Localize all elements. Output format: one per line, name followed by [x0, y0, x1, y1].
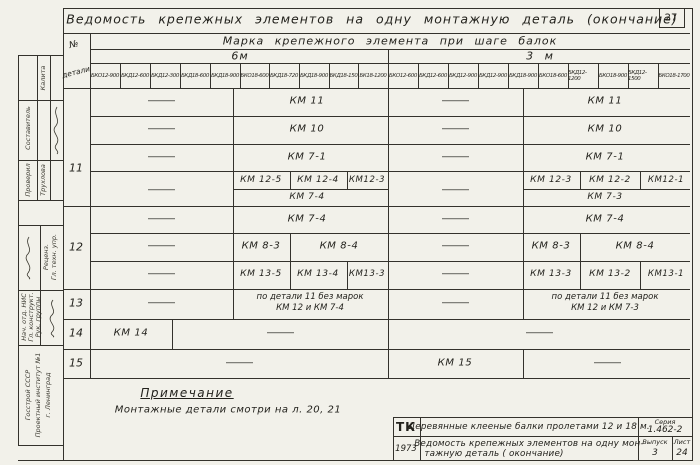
rule [63, 8, 693, 9]
dash: ——— [442, 269, 469, 280]
stamp-issue-label: Выпуск [642, 438, 667, 446]
cell-value: КМ13-1 [648, 269, 684, 279]
dash: ——— [526, 328, 553, 339]
margin-org: Проектный институт №1 [34, 353, 42, 438]
beam-mark: БКД12-600 [418, 64, 449, 88]
rule [18, 460, 693, 461]
dash: ——— [148, 96, 175, 107]
rule [233, 88, 234, 319]
rule [63, 378, 690, 379]
dash: ——— [148, 185, 175, 196]
stamp-project-title: Деревянные клееные балки пролетами 12 и … [408, 422, 650, 432]
rule [18, 160, 63, 161]
rule [37, 55, 38, 200]
rule [90, 233, 690, 234]
rule [90, 49, 690, 50]
dash: ——— [148, 241, 175, 252]
beam-mark: БКО12-900 [90, 64, 121, 88]
rule [90, 171, 690, 172]
rule [640, 261, 641, 289]
row-number: 15 [69, 357, 83, 370]
cell-value: КМ12-1 [648, 175, 684, 185]
beam-mark: БКД12-1200 [568, 64, 599, 88]
rule [393, 436, 692, 437]
signature-mark [22, 235, 36, 280]
cell-value: КМ 11 [588, 96, 623, 107]
rule [233, 189, 388, 190]
detail-col-header-no: № [68, 39, 80, 51]
cell-note-line: по детали 11 без марок [552, 292, 659, 303]
rule [659, 27, 685, 28]
rule [172, 319, 173, 349]
rule [63, 319, 690, 320]
beam-mark: БКО12-600 [388, 64, 419, 88]
rule [692, 8, 693, 461]
rule [290, 233, 291, 261]
dash: ——— [148, 269, 175, 280]
rule [580, 233, 581, 261]
margin-org: г. Ленинград [44, 372, 52, 417]
margin-name: Калита [39, 66, 47, 91]
cell-value: КМ 13-3 [530, 269, 572, 279]
table-header: Марка крепежного элемента при шаге балок [223, 35, 558, 48]
rule [347, 171, 348, 189]
row-number: 11 [69, 162, 83, 175]
rule [388, 49, 389, 378]
rule [523, 349, 524, 378]
dash: ——— [148, 298, 175, 309]
rule [18, 200, 63, 201]
group-label-3m: 3 м [526, 50, 554, 63]
cell-value: КМ 12-5 [240, 175, 282, 185]
rule [90, 261, 690, 262]
stamp-sheet-label: Лист [674, 438, 690, 446]
cell-value: КМ 11 [290, 96, 325, 107]
cell-value: КМ 7-1 [586, 152, 625, 163]
beam-mark: БКД12-300 [150, 64, 181, 88]
rule [90, 144, 690, 145]
cell-value: КМ 7-1 [288, 152, 327, 163]
dash: ——— [442, 152, 469, 163]
rule [684, 8, 685, 27]
row-number: 14 [69, 327, 83, 340]
rule [393, 417, 692, 418]
note-heading: Примечание [140, 386, 233, 400]
beam-mark: БКД12-600 [120, 64, 151, 88]
note-text: Монтажные детали смотри на л. 20, 21 [115, 405, 342, 416]
rule [63, 289, 690, 290]
cell-value: КМ13-3 [349, 269, 385, 279]
beam-mark: БКД18-150 [329, 64, 359, 88]
margin-org: Госстрой СССР [24, 370, 32, 420]
cell-value: КМ 12-2 [589, 175, 631, 185]
cell-value: КМ 7-4 [288, 214, 327, 225]
cell-value: КМ 14 [114, 328, 149, 339]
rule [18, 445, 63, 446]
cell-value: КМ 8-3 [242, 241, 281, 252]
beam-mark: БКО18-900 [598, 64, 629, 88]
rule [18, 345, 63, 346]
stamp-issue-value: 3 [652, 448, 658, 458]
rule [640, 171, 641, 189]
cell-note: по детали 11 без марок КМ 12 и КМ 7-4 [257, 292, 364, 314]
detail-col-header-detail: детали [61, 64, 91, 80]
cell-value: КМ 12-4 [297, 175, 339, 185]
cell-note-line: КМ 12 и КМ 7-4 [257, 303, 364, 314]
rule [63, 206, 690, 207]
cell-note: по детали 11 без марок КМ 12 и КМ 7-3 [552, 292, 659, 314]
dash: ——— [148, 152, 175, 163]
dash: ——— [148, 214, 175, 225]
rule [659, 8, 660, 27]
stamp-series-value: 1.462-2 [648, 425, 683, 435]
cell-value: КМ 8-4 [616, 241, 655, 252]
rule [18, 55, 19, 445]
rule [290, 261, 291, 289]
cell-value: КМ 7-4 [586, 214, 625, 225]
rule [393, 417, 394, 461]
cell-value: КМ12-3 [349, 175, 385, 185]
beam-mark: БКД12-900 [448, 64, 479, 88]
beam-mark: БКО18-600 [240, 64, 270, 88]
cell-note-line: КМ 12 и КМ 7-3 [552, 303, 659, 314]
margin-label: Составитель [24, 106, 32, 150]
margin-label: Проверил [24, 163, 32, 196]
beam-mark: БКД18-900 [299, 64, 330, 88]
rule [18, 100, 63, 101]
beam-mark: БК18-1200 [358, 64, 388, 88]
dash: ——— [442, 185, 469, 196]
row-number: 13 [69, 297, 83, 310]
rule [347, 261, 348, 289]
beam-mark: БКД12-1500 [628, 64, 659, 88]
cell-note-line: по детали 11 без марок [257, 292, 364, 303]
rule [90, 116, 690, 117]
margin-name: Трухлова [39, 164, 47, 196]
stamp-doc-title: тажную деталь ( окончание) [424, 449, 563, 459]
dash: ——— [594, 358, 621, 369]
beam-mark: БКО18-600 [538, 64, 569, 88]
sheet-title: Ведомость крепежных элементов на одну мо… [66, 12, 678, 27]
dash: ——— [442, 124, 469, 135]
row-number: 12 [69, 241, 83, 254]
rule [580, 171, 581, 189]
group-label-6m: 6м [231, 50, 248, 63]
cell-value: КМ 10 [588, 124, 623, 135]
rule [63, 88, 690, 89]
cell-value: КМ 15 [438, 358, 473, 369]
beam-mark: БКД18-900 [210, 64, 241, 88]
drawing-sheet: Ведомость крепежных элементов на одну мо… [0, 0, 700, 465]
page-number: 27 [665, 13, 678, 24]
stamp-doc-title: Ведомость крепежных элементов на одну мо… [414, 439, 644, 449]
rule [40, 225, 41, 290]
cell-value: КМ 13-4 [297, 269, 339, 279]
dash: ——— [267, 328, 294, 339]
cell-value: КМ 7-4 [289, 192, 324, 202]
dash: ——— [442, 298, 469, 309]
cell-value: КМ 13-2 [589, 269, 631, 279]
cell-value: КМ 7-3 [587, 192, 622, 202]
dash: ——— [226, 358, 253, 369]
dash: ——— [148, 124, 175, 135]
signature-mark [46, 298, 60, 338]
signature-mark [51, 105, 63, 155]
dash: ——— [442, 96, 469, 107]
beam-mark: БКД18-600 [180, 64, 211, 88]
cell-value: КМ 13-5 [240, 269, 282, 279]
cell-value: КМ 12-3 [530, 175, 572, 185]
beam-mark: БКД12-900 [478, 64, 509, 88]
beam-mark: БКД18-720 [269, 64, 300, 88]
cell-value: КМ 8-4 [320, 241, 359, 252]
cell-value: КМ 8-3 [532, 241, 571, 252]
dash: ——— [442, 214, 469, 225]
cell-value: КМ 10 [290, 124, 325, 135]
rule [290, 171, 291, 189]
stamp-sheet-value: 24 [676, 448, 687, 458]
rule [523, 88, 524, 319]
rule [523, 189, 690, 190]
margin-approval: Реценз. [42, 244, 50, 270]
rule [580, 261, 581, 289]
margin-approval: Гл. техн. упр. [50, 234, 58, 280]
beam-mark: БКО18-1700 [658, 64, 690, 88]
rule [18, 55, 63, 56]
dash: ——— [442, 241, 469, 252]
margin-position: Рук. группы [34, 297, 42, 338]
rule [63, 349, 690, 350]
beam-mark: БКД18-900 [508, 64, 539, 88]
